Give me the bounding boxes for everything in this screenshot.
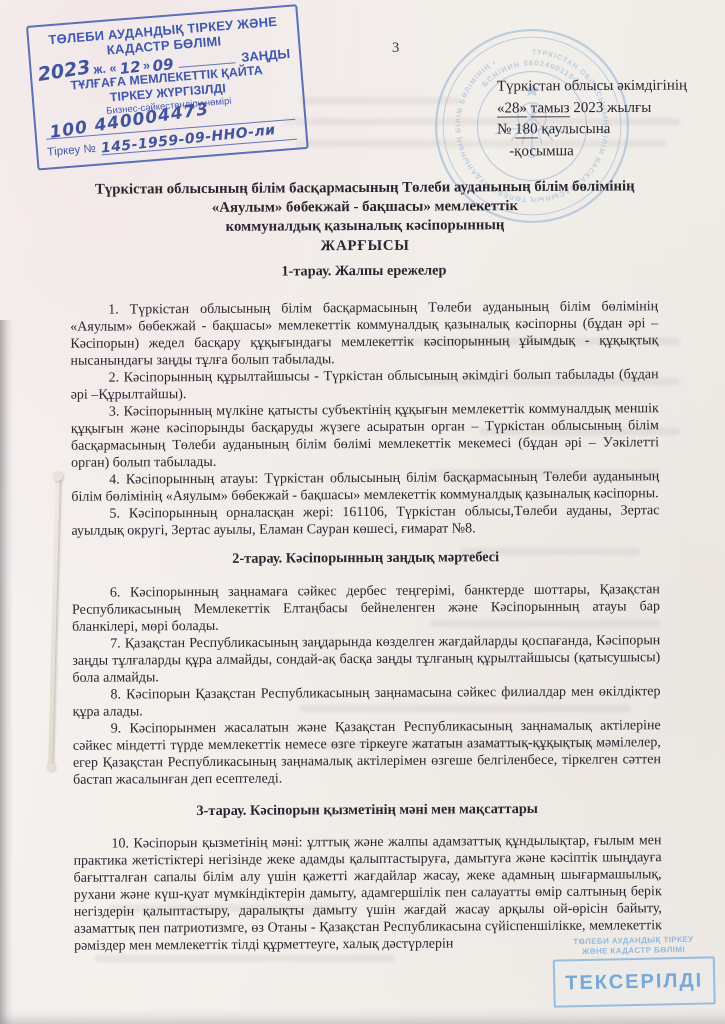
approval-day: «28» [497, 100, 527, 117]
approval-number-sign: № [497, 122, 511, 138]
section-heading-1: 1-тарау. Жалпы ережелер [70, 261, 658, 282]
bleed-line [95, 955, 395, 962]
paragraph-3: 3. Кәсіпорынның мүлкіне қатысты субъекті… [71, 400, 659, 472]
paragraph-4: 4. Кәсіпорынның атауы: Түркістан облысын… [71, 468, 659, 506]
title-line1: Түркістан облысының білім басқармасының … [70, 177, 660, 200]
stamp-quote-close: » [143, 58, 151, 73]
registration-stamp-border: ТӨЛЕБИ АУДАНДЫҚ ТІРКЕУ ЖӘНЕ КАДАСТР БӨЛІ… [26, 4, 309, 170]
handwritten-month: 09 [152, 58, 174, 72]
paragraph-5: 5. Кәсіпорынның орналасқан жері: 161106,… [71, 502, 659, 540]
registration-stamp: ТӨЛЕБИ АУДАНДЫҚ ТІРКЕУ ЖӘНЕ КАДАСТР БӨЛІ… [26, 4, 309, 170]
approval-number-line: № 180 қаулысына [497, 118, 717, 141]
paragraph-9: 9. Кәсіпорынмен жасалатын және Қазақстан… [73, 717, 661, 789]
binding-thread [48, 478, 60, 766]
checked-stamp-office-line2: ЖӘНЕ КАДАСТР БӨЛІМІ [552, 944, 714, 957]
checked-stamp: ТӨЛЕБИ АУДАНДЫҚ ТІРКЕУ ЖӘНЕ КАДАСТР БӨЛІ… [552, 934, 715, 1007]
section-heading-2: 2-тарау. Кәсіпорынның заңдық мәртебесі [72, 548, 660, 569]
approval-annex: -қосымша [509, 140, 717, 163]
scanned-document-page: ТҮРКІСТАН ОБЛЫСЫНЫҢ БІЛІМ БАСҚАРМАСЫНЫҢ … [0, 0, 725, 1024]
paragraph-6: 6. Кәсіпорынның заңнамаға сәйкес дербес … [72, 581, 660, 636]
approval-date-line: «28» тамыз 2023 жылғы [497, 97, 717, 120]
paragraph-2: 2. Кәсіпорынның құрылтайшысы - Түркістан… [71, 366, 659, 404]
paragraph-7: 7. Қазақстан Республикасының заңдарында … [72, 632, 660, 687]
stamp-registration-label: Тіркеу № [47, 143, 97, 160]
document-body: 1-тарау. Жалпы ережелер 1. Түркістан обл… [70, 261, 662, 955]
handwritten-day: 12 [119, 61, 141, 75]
paragraph-1: 1. Түркістан облысының білім басқармасын… [70, 298, 658, 370]
approval-number-word: қаулысына [541, 121, 610, 137]
page-number: 3 [392, 40, 399, 57]
section-heading-3: 3-тарау. Кәсіпорын қызметінің мәні мен м… [73, 800, 661, 821]
page-edge-shadow-left [0, 320, 13, 1024]
title-charter-word: ЖАРҒЫСЫ [70, 235, 660, 258]
approval-month: тамыз [531, 100, 570, 117]
document-title: Түркістан облысының білім басқармасының … [70, 177, 660, 257]
approval-year: 2023 жылғы [573, 99, 651, 115]
page-edge-shadow-bottom [0, 1009, 725, 1024]
approval-reference-block: Түркістан облысы әкімдігінің «28» тамыз … [497, 75, 717, 162]
approval-number: 180 [515, 121, 538, 138]
paragraph-8: 8. Кәсіпорын Қазақстан Республикасының з… [72, 683, 660, 721]
checked-stamp-label: ТЕКСЕРІЛДІ [553, 956, 716, 1007]
approval-line1: Түркістан облысы әкімдігінің [497, 75, 717, 98]
